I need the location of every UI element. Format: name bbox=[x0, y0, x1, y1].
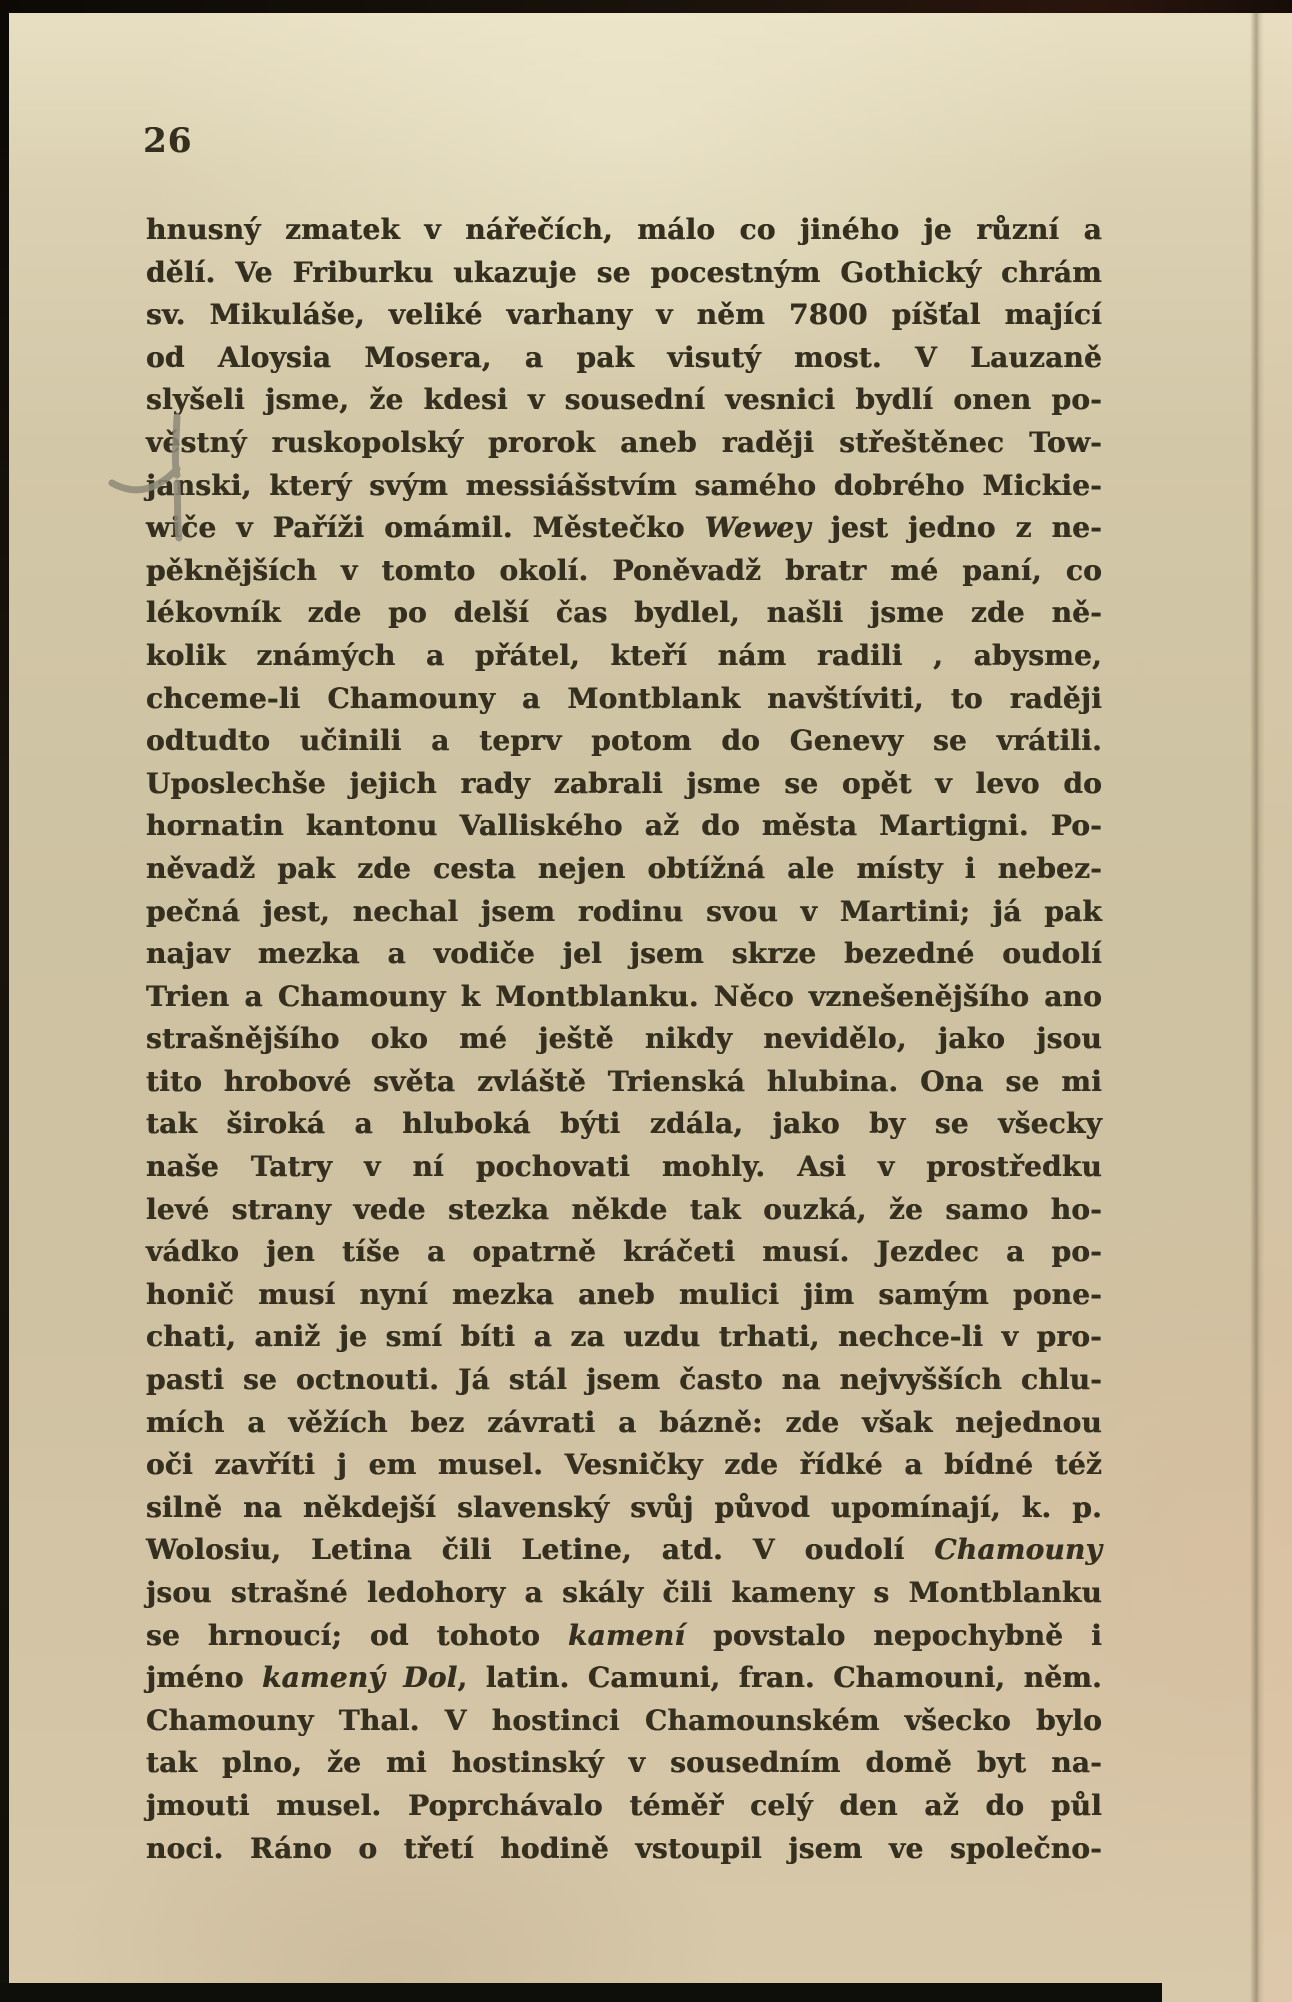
text-line: se hrnoucí; od tohoto kamení povstalo ne… bbox=[146, 1615, 1102, 1658]
scan-edge-bottom bbox=[0, 1983, 1162, 2002]
text-segment: hnusný zmatek v nářečích, málo co jiného… bbox=[146, 213, 1102, 246]
text-segment: něvadž pak zde cesta nejen obtížná ale m… bbox=[146, 852, 1102, 885]
text-segment: mích a věžích bez závrati a bázně: zde v… bbox=[146, 1406, 1102, 1439]
text-segment: sv. Mikuláše, veliké varhany v něm 7800 … bbox=[146, 298, 1102, 331]
italic-text-segment: Chamouny bbox=[934, 1533, 1102, 1566]
text-line: chceme-li Chamouny a Montblank navštívit… bbox=[146, 678, 1102, 721]
text-segment: jsou strašné ledohory a skály čili kamen… bbox=[146, 1576, 1102, 1609]
text-segment: strašnějšího oko mé ještě nikdy nevidělo… bbox=[146, 1022, 1102, 1055]
text-segment: lékovník zde po delší čas bydlel, našli … bbox=[146, 596, 1102, 629]
text-line: levé strany vede stezka někde tak ouzká,… bbox=[146, 1189, 1102, 1232]
text-segment: se hrnoucí; od tohoto bbox=[146, 1619, 568, 1652]
text-line: strašnějšího oko mé ještě nikdy nevidělo… bbox=[146, 1018, 1102, 1061]
text-line: wiče v Paříži omámil. Městečko Wewey jes… bbox=[146, 507, 1102, 550]
text-segment: povstalo nepochybně i bbox=[685, 1619, 1102, 1652]
text-segment: chceme-li Chamouny a Montblank navštívit… bbox=[146, 682, 1102, 715]
text-segment: tak plno, že mi hostinský v sousedním do… bbox=[146, 1746, 1102, 1779]
text-line: pečná jest, nechal jsem rodinu svou v Ma… bbox=[146, 891, 1102, 934]
scan-edge-top bbox=[0, 0, 1292, 13]
text-segment: naše Tatry v ní pochovati mohly. Asi v p… bbox=[146, 1150, 1102, 1183]
text-line: jméno kamený Dol, latin. Camuni, fran. C… bbox=[146, 1657, 1102, 1700]
text-segment: honič musí nyní mezka aneb mulici jim sa… bbox=[146, 1278, 1102, 1311]
text-segment: pečná jest, nechal jsem rodinu svou v Ma… bbox=[146, 895, 1102, 928]
text-line: chati, aniž je smí bíti a za uzdu trhati… bbox=[146, 1316, 1102, 1359]
text-line: hornatin kantonu Valliského až do města … bbox=[146, 805, 1102, 848]
text-line: vádko jen tíše a opatrně kráčeti musí. J… bbox=[146, 1231, 1102, 1274]
text-line: slyšeli jsme, že kdesi v sousední vesnic… bbox=[146, 379, 1102, 422]
text-line: janski, který svým messiášstvím samého d… bbox=[146, 465, 1102, 508]
text-segment: dělí. Ve Friburku ukazuje se pocestným G… bbox=[146, 256, 1102, 289]
text-segment: Uposlechše jejich rady zabrali jsme se o… bbox=[146, 767, 1102, 800]
page-number: 26 bbox=[143, 121, 192, 161]
text-line: Trien a Chamouny k Montblanku. Něco vzne… bbox=[146, 976, 1102, 1019]
italic-text-segment: kamení bbox=[568, 1619, 685, 1652]
text-segment: noci. Ráno o třetí hodině vstoupil jsem … bbox=[146, 1832, 1102, 1865]
page-right-shading bbox=[1264, 13, 1292, 2002]
scan-edge-left bbox=[0, 0, 9, 2002]
text-segment: odtudto učinili a teprv potom do Genevy … bbox=[146, 724, 1102, 757]
text-line: tak široká a hluboká býti zdála, jako by… bbox=[146, 1103, 1102, 1146]
text-line: Uposlechše jejich rady zabrali jsme se o… bbox=[146, 763, 1102, 806]
text-segment: wiče v Paříži omámil. Městečko bbox=[146, 511, 705, 544]
text-segment: vádko jen tíše a opatrně kráčeti musí. J… bbox=[146, 1235, 1102, 1268]
text-segment: hornatin kantonu Valliského až do města … bbox=[146, 809, 1102, 842]
text-segment: tito hrobové světa zvláště Trienská hlub… bbox=[146, 1065, 1102, 1098]
text-line: dělí. Ve Friburku ukazuje se pocestným G… bbox=[146, 252, 1102, 295]
text-line: pasti se octnouti. Já stál jsem často na… bbox=[146, 1359, 1102, 1402]
text-line: oči zavříti j em musel. Vesničky zde říd… bbox=[146, 1444, 1102, 1487]
text-segment: Wolosiu, Letina čili Letine, atd. V oudo… bbox=[146, 1533, 934, 1566]
text-segment: slyšeli jsme, že kdesi v sousední vesnic… bbox=[146, 383, 1102, 416]
text-segment: , latin. Camuni, fran. Chamouni, něm. bbox=[457, 1661, 1102, 1694]
margin-pencil-mark bbox=[100, 405, 192, 553]
text-line: jsou strašné ledohory a skály čili kamen… bbox=[146, 1572, 1102, 1615]
italic-text-segment: kamený Dol bbox=[262, 1661, 457, 1694]
text-segment: janski, který svým messiášstvím samého d… bbox=[146, 469, 1102, 502]
text-line: hnusný zmatek v nářečích, málo co jiného… bbox=[146, 209, 1102, 252]
text-line: věstný ruskopolský prorok aneb raději st… bbox=[146, 422, 1102, 465]
page-text: hnusný zmatek v nářečích, málo co jiného… bbox=[146, 209, 1102, 1870]
text-segment: najav mezka a vodiče jel jsem skrze beze… bbox=[146, 937, 1102, 970]
text-line: tak plno, že mi hostinský v sousedním do… bbox=[146, 1742, 1102, 1785]
text-segment: kolik známých a přátel, kteří nám radili… bbox=[146, 639, 1102, 672]
text-line: Wolosiu, Letina čili Letine, atd. V oudo… bbox=[146, 1529, 1102, 1572]
text-line: lékovník zde po delší čas bydlel, našli … bbox=[146, 592, 1102, 635]
text-segment: jmouti musel. Poprchávalo téměř celý den… bbox=[146, 1789, 1102, 1822]
text-segment: silně na někdejší slavenský svůj původ u… bbox=[146, 1491, 1102, 1524]
text-segment: jest jedno z ne- bbox=[811, 511, 1102, 544]
text-segment: chati, aniž je smí bíti a za uzdu trhati… bbox=[146, 1320, 1102, 1353]
text-line: honič musí nyní mezka aneb mulici jim sa… bbox=[146, 1274, 1102, 1317]
text-line: odtudto učinili a teprv potom do Genevy … bbox=[146, 720, 1102, 763]
text-line: od Aloysia Mosera, a pak visutý most. V … bbox=[146, 337, 1102, 380]
text-line: něvadž pak zde cesta nejen obtížná ale m… bbox=[146, 848, 1102, 891]
text-segment: Chamouny Thal. V hostinci Chamounském vš… bbox=[146, 1704, 1102, 1737]
text-line: sv. Mikuláše, veliké varhany v něm 7800 … bbox=[146, 294, 1102, 337]
book-page: 26 hnusný zmatek v nářečích, málo co jin… bbox=[9, 13, 1292, 2002]
text-line: najav mezka a vodiče jel jsem skrze beze… bbox=[146, 933, 1102, 976]
text-line: pěknějších v tomto okolí. Poněvadž bratr… bbox=[146, 550, 1102, 593]
text-segment: jméno bbox=[146, 1661, 262, 1694]
text-segment: pasti se octnouti. Já stál jsem často na… bbox=[146, 1363, 1102, 1396]
text-segment: tak široká a hluboká býti zdála, jako by… bbox=[146, 1107, 1102, 1140]
text-line: tito hrobové světa zvláště Trienská hlub… bbox=[146, 1061, 1102, 1104]
text-segment: oči zavříti j em musel. Vesničky zde říd… bbox=[146, 1448, 1102, 1481]
text-segment: od Aloysia Mosera, a pak visutý most. V … bbox=[146, 341, 1102, 374]
text-segment: levé strany vede stezka někde tak ouzká,… bbox=[146, 1193, 1102, 1226]
text-line: silně na někdejší slavenský svůj původ u… bbox=[146, 1487, 1102, 1530]
text-segment: pěknějších v tomto okolí. Poněvadž bratr… bbox=[146, 554, 1102, 587]
text-line: kolik známých a přátel, kteří nám radili… bbox=[146, 635, 1102, 678]
italic-text-segment: Wewey bbox=[705, 511, 811, 544]
text-line: Chamouny Thal. V hostinci Chamounském vš… bbox=[146, 1700, 1102, 1743]
text-line: naše Tatry v ní pochovati mohly. Asi v p… bbox=[146, 1146, 1102, 1189]
text-segment: věstný ruskopolský prorok aneb raději st… bbox=[146, 426, 1102, 459]
page-crease bbox=[1250, 13, 1264, 2002]
text-line: noci. Ráno o třetí hodině vstoupil jsem … bbox=[146, 1828, 1102, 1871]
text-segment: Trien a Chamouny k Montblanku. Něco vzne… bbox=[146, 980, 1102, 1013]
text-line: mích a věžích bez závrati a bázně: zde v… bbox=[146, 1402, 1102, 1445]
text-line: jmouti musel. Poprchávalo téměř celý den… bbox=[146, 1785, 1102, 1828]
